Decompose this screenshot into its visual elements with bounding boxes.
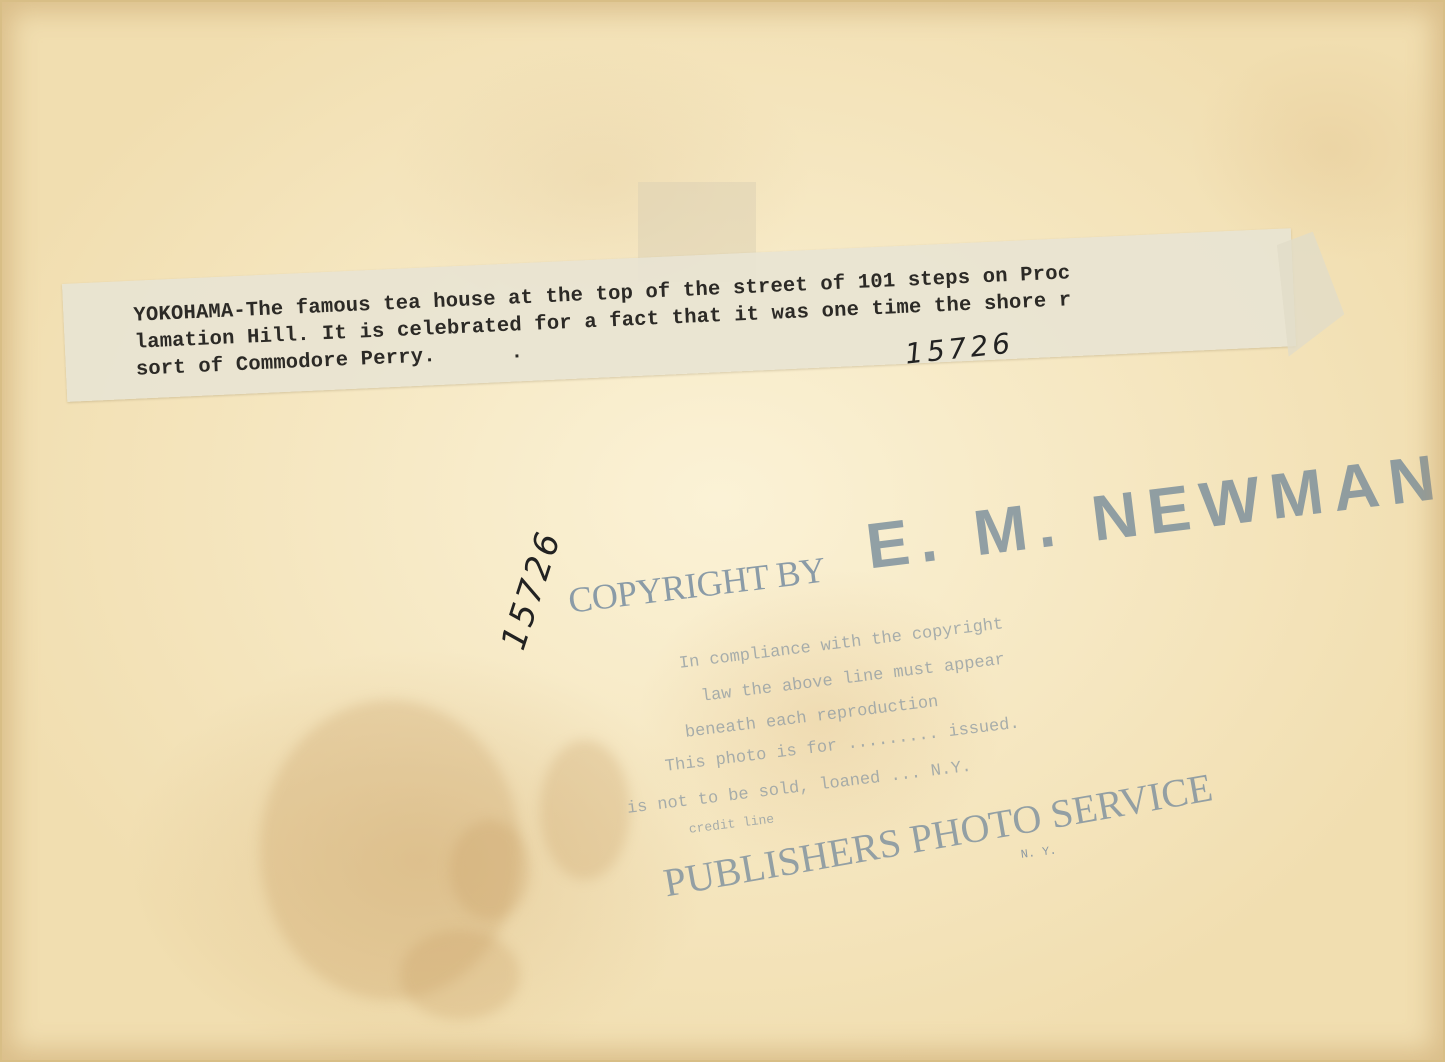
- paper-edge: [0, 0, 1445, 1062]
